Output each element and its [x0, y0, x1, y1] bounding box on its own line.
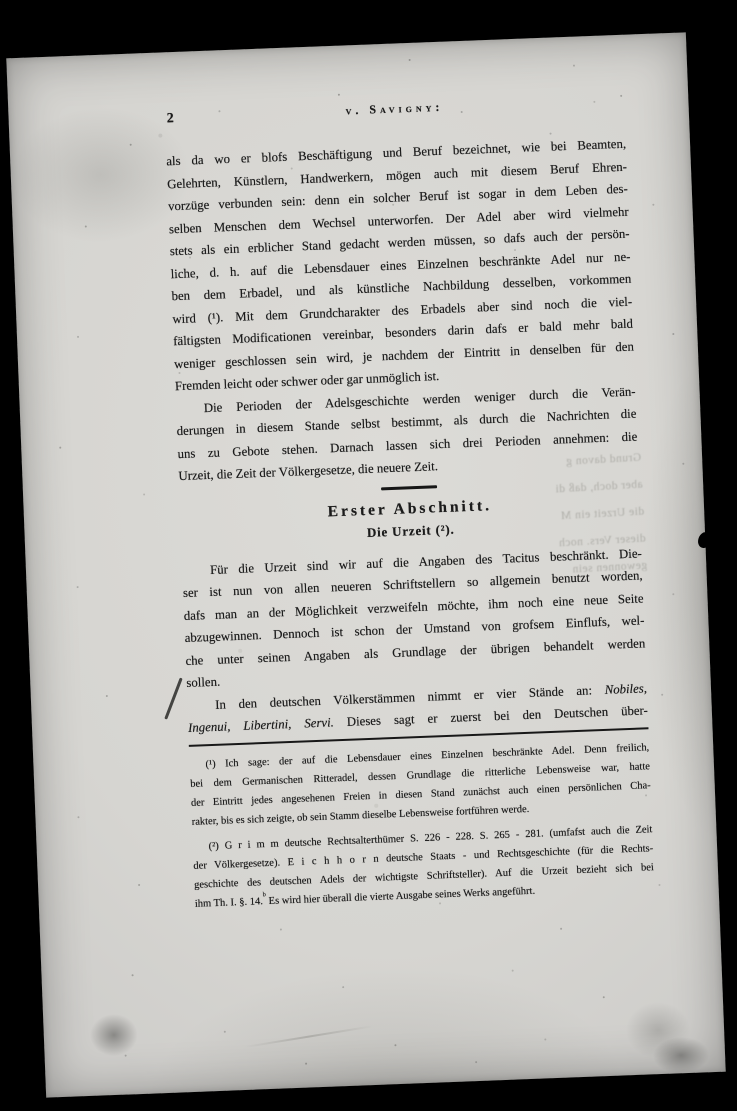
page-header: 2 v. Savigny: [164, 93, 624, 127]
paragraph-2: Die Perioden der Adelsgeschichte werden … [175, 380, 638, 488]
footnote-1: (¹) Ich sage: der auf die Lebensdauer ei… [189, 738, 652, 832]
book-page: Grund davon gaber doch, daß didie Urzeit… [6, 32, 725, 1097]
scan-background: Grund davon gaber doch, daß didie Urzeit… [0, 0, 737, 1111]
printed-text-block: 2 v. Savigny: als da wo er blofs Beschäf… [164, 93, 655, 914]
faint-scratch-mark [245, 1025, 374, 1048]
page-number: 2 [166, 111, 174, 127]
handwritten-slash-mark [164, 677, 182, 719]
running-header: v. Savigny: [164, 93, 624, 126]
page-edge-notch [697, 531, 712, 549]
section-divider-rule [381, 485, 437, 490]
footnote-2: (²) G r i m m deutsche Rechtsalterthümer… [192, 820, 655, 914]
paragraph-3: Für die Urzeit sind wir auf die Angaben … [182, 542, 647, 695]
paragraph-1: als da wo er blofs Beschäftigung und Ber… [166, 133, 635, 398]
paper-grain-speckles [6, 58, 8, 60]
